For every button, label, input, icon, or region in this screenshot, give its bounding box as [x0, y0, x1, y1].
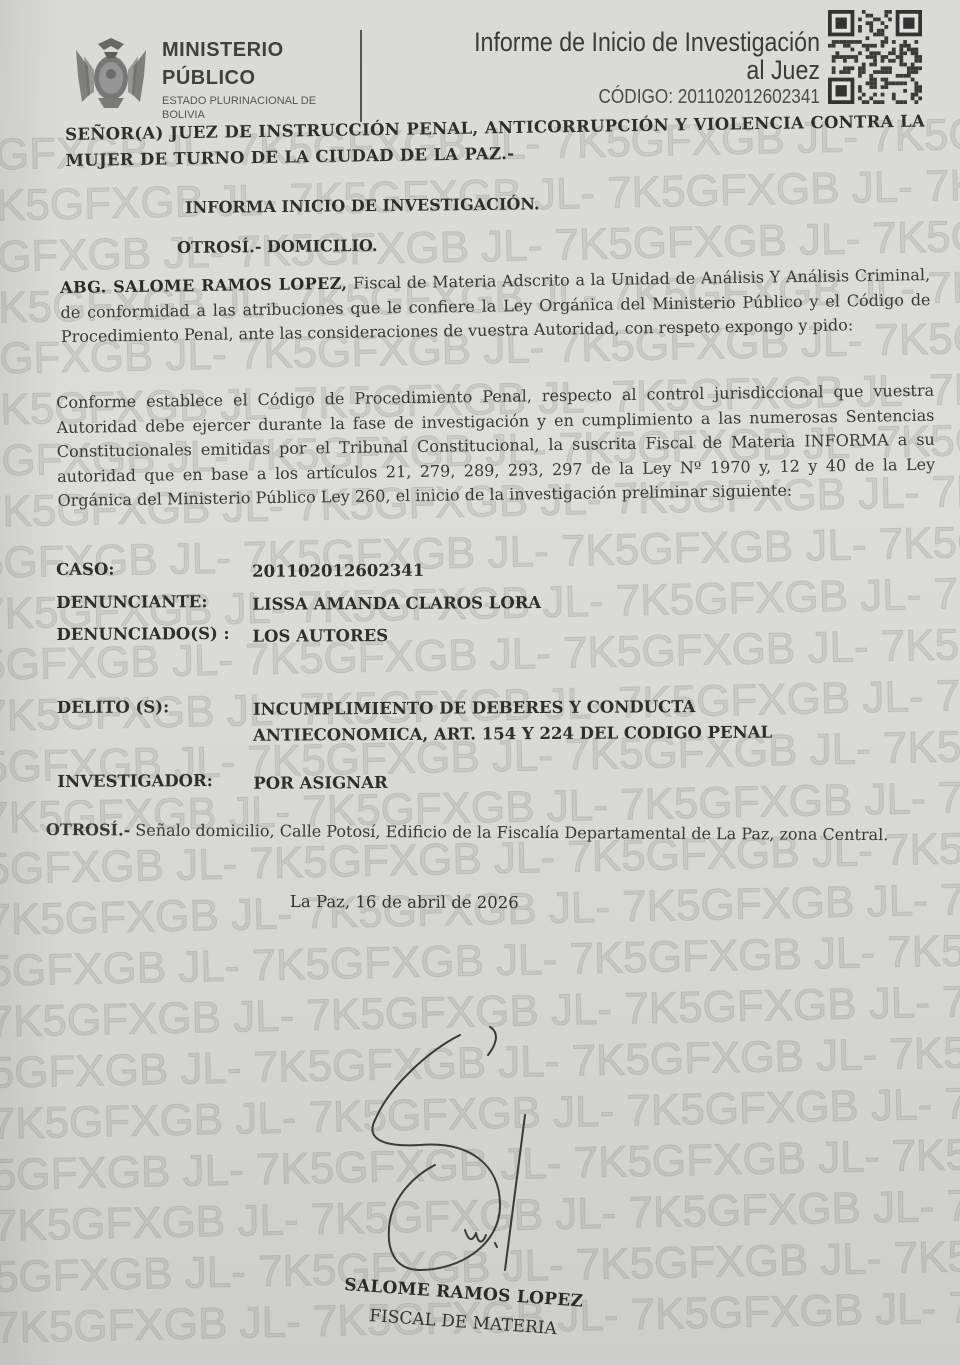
field-value: INCUMPLIMIENTO DE DEBERES Y CONDUCTA ANT… [253, 694, 772, 749]
field-label: DELITO (S): [57, 697, 253, 750]
field-investigator: INVESTIGADOR: POR ASIGNAR [57, 767, 917, 798]
field-label: DENUNCIANTE: [56, 592, 252, 619]
document-code: CÓDIGO: 201102012602341 [545, 86, 820, 109]
otrosi-paragraph: OTROSÍ.- Señalo domicilio, Calle Potosí,… [46, 818, 948, 848]
offense-line-2: ANTIECONOMICA, ART. 154 Y 224 DEL CODIGO… [253, 720, 772, 749]
bolivia-coat-of-arms-icon [68, 36, 154, 112]
offense-line-1: INCUMPLIMIENTO DE DEBERES Y CONDUCTA [253, 694, 772, 723]
field-value: LISSA AMANDA CLAROS LORA [252, 590, 541, 618]
body-paragraph: Conforme establece el Código de Procedim… [56, 379, 936, 514]
document-page: 5GFXGB JL- 7K5GFXGB JL- 7K5GFXGB JL- 7K5… [0, 0, 960, 1365]
field-value: 201102012602341 [252, 558, 424, 585]
institution-logo-block: MINISTERIO PÚBLICO ESTADO PLURINACIONAL … [68, 36, 332, 122]
prosecutor-name: ABG. SALOME RAMOS LOPEZ, [60, 274, 348, 297]
otrosi-label: OTROSÍ.- [46, 820, 130, 840]
intro-paragraph: ABG. SALOME RAMOS LOPEZ, Fiscal de Mater… [60, 263, 931, 349]
qr-code-icon [828, 10, 922, 104]
subject-line: INFORMA INICIO DE INVESTIGACIÓN. [185, 194, 540, 217]
header-divider [360, 30, 362, 122]
otrosi-text: Señalo domicilio, Calle Potosí, Edificio… [130, 821, 888, 845]
field-label: CASO: [56, 559, 252, 586]
field-label: INVESTIGADOR: [57, 771, 253, 798]
field-value: LOS AUTORES [252, 623, 388, 650]
document-title: Informe de Inicio de Investigación al Ju… [455, 28, 821, 84]
otrosi-heading: OTROSÍ.- DOMICILIO. [177, 236, 378, 257]
signer-title: FISCAL DE MATERIA [369, 1306, 558, 1339]
handwritten-signature-icon [360, 1015, 580, 1285]
case-details: CASO: 201102012602341 DENUNCIANTE: LISSA… [56, 555, 916, 560]
field-offense: DELITO (S): INCUMPLIMIENTO DE DEBERES Y … [57, 693, 917, 750]
date-line: La Paz, 16 de abril de 2026 [290, 892, 519, 912]
field-label: DENUNCIADO(S) : [56, 624, 252, 651]
field-value: POR ASIGNAR [253, 770, 388, 797]
field-accused: DENUNCIADO(S) : LOS AUTORES [56, 620, 916, 651]
field-case: CASO: 201102012602341 [56, 555, 916, 586]
field-complainant: DENUNCIANTE: LISSA AMANDA CLAROS LORA [56, 588, 916, 619]
institution-name: MINISTERIO PÚBLICO [162, 36, 332, 92]
